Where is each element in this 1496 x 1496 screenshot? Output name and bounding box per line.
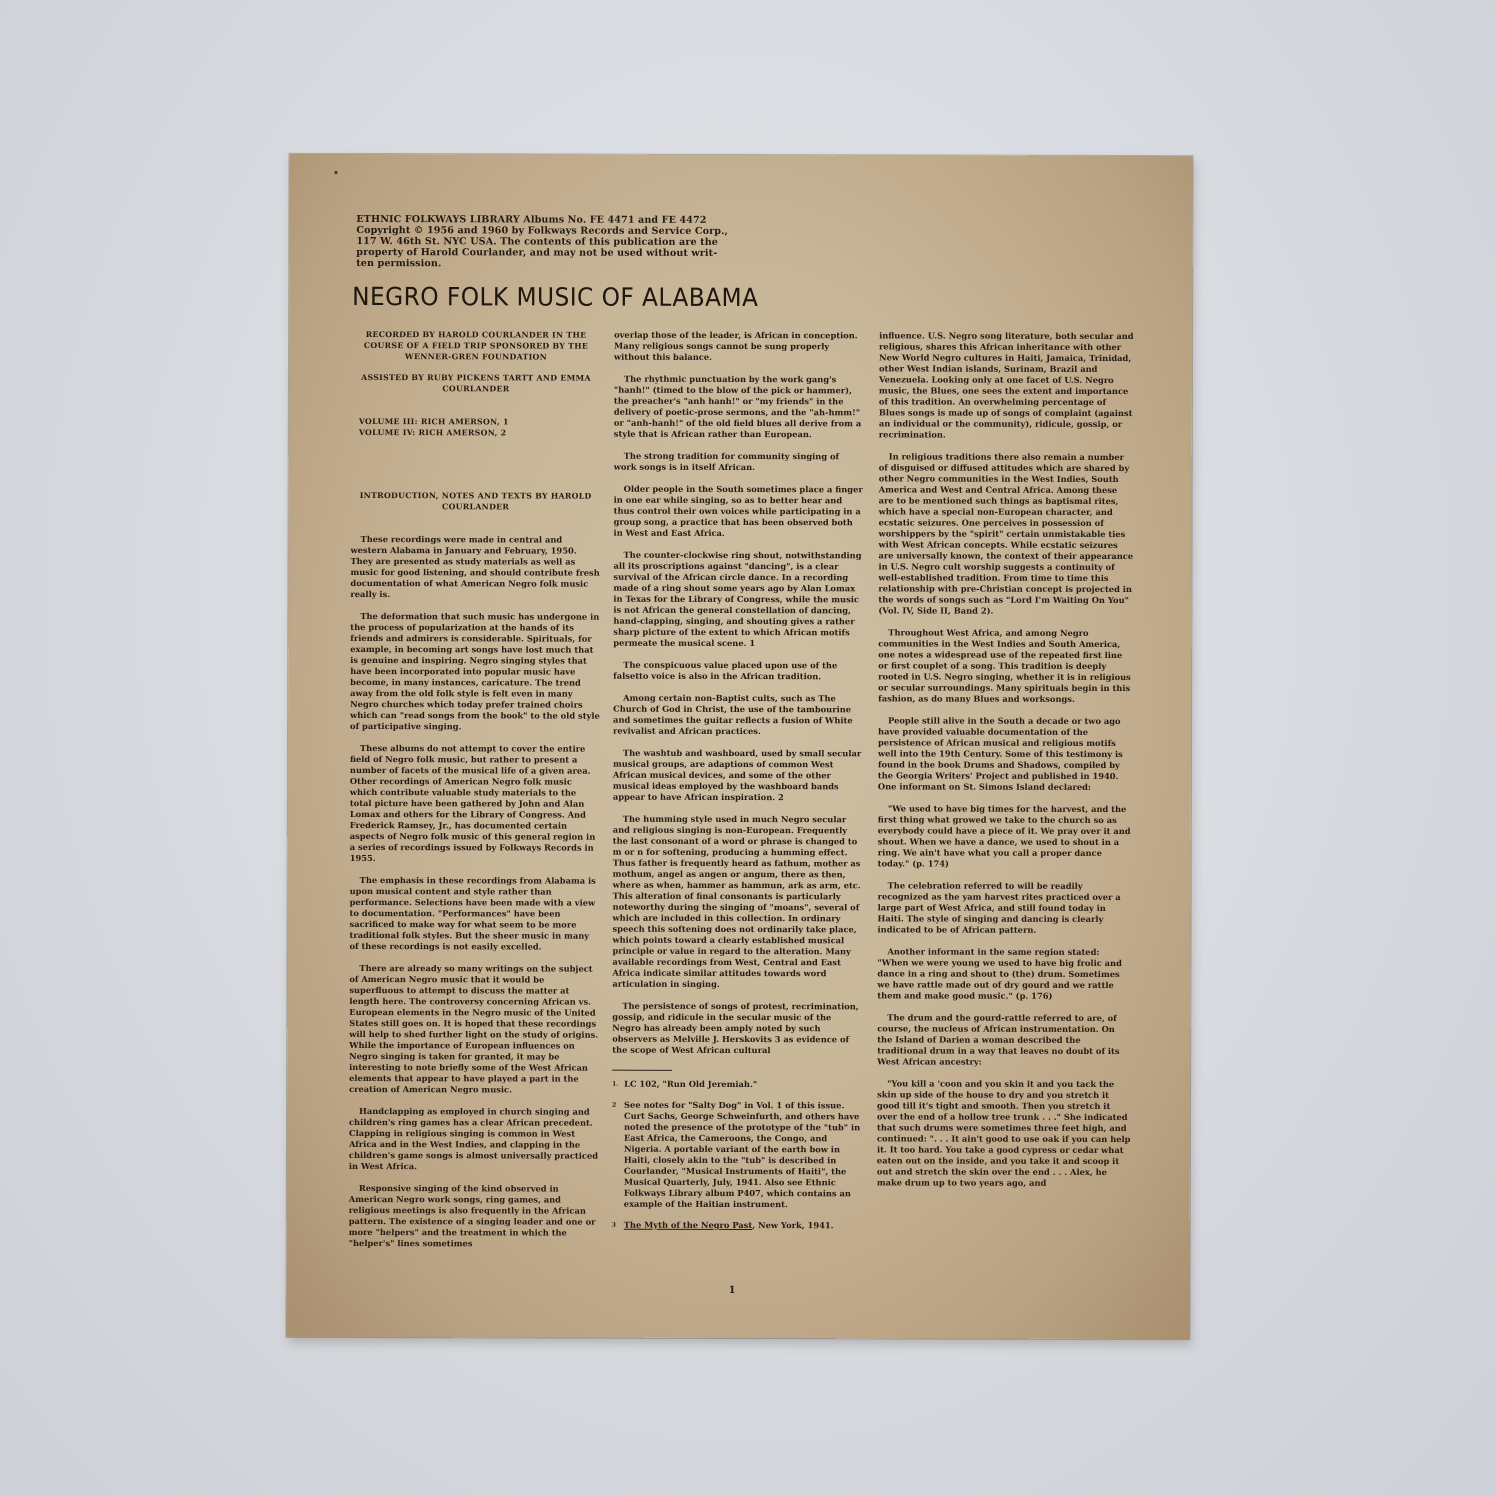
paragraph: The deformation that such music has unde…	[350, 611, 600, 733]
paragraph: Handclapping as employed in church singi…	[349, 1106, 599, 1173]
document-page: ETHNIC FOLKWAYS LIBRARY Albums No. FE 44…	[286, 154, 1192, 1339]
footnote-text: See notes for "Salty Dog" in Vol. 1 of t…	[624, 1100, 862, 1211]
footnote-1: 1. LC 102, "Run Old Jeremiah."	[612, 1079, 862, 1091]
paragraph: The celebration referred to will be read…	[878, 880, 1133, 936]
paragraph: Responsive singing of the kind observed …	[349, 1183, 599, 1250]
recorded-by-credit: RECORDED BY HAROLD COURLANDER IN THE COU…	[351, 329, 601, 363]
paragraph: overlap those of the leader, is African …	[614, 330, 864, 364]
footnote-text: , New York, 1941.	[752, 1220, 833, 1230]
volume-3: VOLUME III: RICH AMERSON, 1	[359, 416, 601, 428]
copyright-header: ETHNIC FOLKWAYS LIBRARY Albums No. FE 44…	[356, 214, 766, 270]
paragraph: These recordings were made in central an…	[350, 534, 600, 601]
paragraph: influence. U.S. Negro song literature, b…	[879, 330, 1134, 441]
paragraph: The conspicuous value placed upon use of…	[613, 660, 863, 683]
paragraph: In religious traditions there also remai…	[878, 451, 1133, 617]
footnote-number: 2	[612, 1100, 624, 1210]
footnote-3: 3 The Myth of the Negro Past, New York, …	[612, 1220, 862, 1232]
paragraph: The emphasis in these recordings from Al…	[349, 875, 599, 953]
footnote-number: 3	[612, 1220, 624, 1231]
footnote-number: 1.	[612, 1079, 624, 1090]
volume-4: VOLUME IV: RICH AMERSON, 2	[359, 427, 601, 439]
paragraph: The strong tradition for community singi…	[614, 451, 864, 474]
paragraph: Another informant in the same region sta…	[877, 946, 1132, 1002]
column-2: overlap those of the leader, is African …	[612, 330, 864, 1242]
header-line: ten permission.	[356, 258, 766, 270]
quote-paragraph: "We used to have big times for the harve…	[878, 803, 1133, 870]
paragraph: Among certain non-Baptist cults, such as…	[613, 693, 863, 738]
footnote-2: 2 See notes for "Salty Dog" in Vol. 1 of…	[612, 1100, 862, 1211]
cited-book-title: The Myth of the Negro Past	[624, 1220, 753, 1230]
paragraph: The rhythmic punctuation by the work gan…	[614, 374, 864, 441]
paragraph: The counter-clockwise ring shout, notwit…	[613, 550, 863, 650]
paragraph: The persistence of songs of protest, rec…	[612, 1001, 862, 1057]
column-3: influence. U.S. Negro song literature, b…	[877, 330, 1134, 1200]
footnote-text: LC 102, "Run Old Jeremiah."	[624, 1079, 757, 1090]
paragraph: People still alive in the South a decade…	[878, 715, 1133, 793]
paragraph: Throughout West Africa, and among Negro …	[878, 627, 1133, 705]
footnote-divider	[612, 1070, 672, 1071]
volume-list: VOLUME III: RICH AMERSON, 1 VOLUME IV: R…	[351, 416, 601, 439]
intro-credit: INTRODUCTION, NOTES AND TEXTS BY HAROLD …	[351, 490, 601, 513]
ink-speck	[334, 171, 337, 174]
paragraph: These albums do not attempt to cover the…	[350, 743, 600, 865]
paragraph: The humming style used in much Negro sec…	[612, 814, 862, 991]
paragraph: There are already so many writings on th…	[349, 963, 599, 1096]
paragraph: The drum and the gourd-rattle referred t…	[877, 1012, 1132, 1068]
assisted-by-credit: ASSISTED BY RUBY PICKENS TARTT AND EMMA …	[351, 372, 601, 395]
paragraph: The washtub and washboard, used by small…	[613, 748, 863, 804]
column-1: RECORDED BY HAROLD COURLANDER IN THE COU…	[349, 329, 601, 1261]
page-title: NEGRO FOLK MUSIC OF ALABAMA	[352, 282, 758, 312]
paragraph: Older people in the South sometimes plac…	[614, 484, 864, 540]
quote-paragraph: "You kill a 'coon and you skin it and yo…	[877, 1078, 1132, 1189]
page-number: 1	[729, 1285, 736, 1296]
